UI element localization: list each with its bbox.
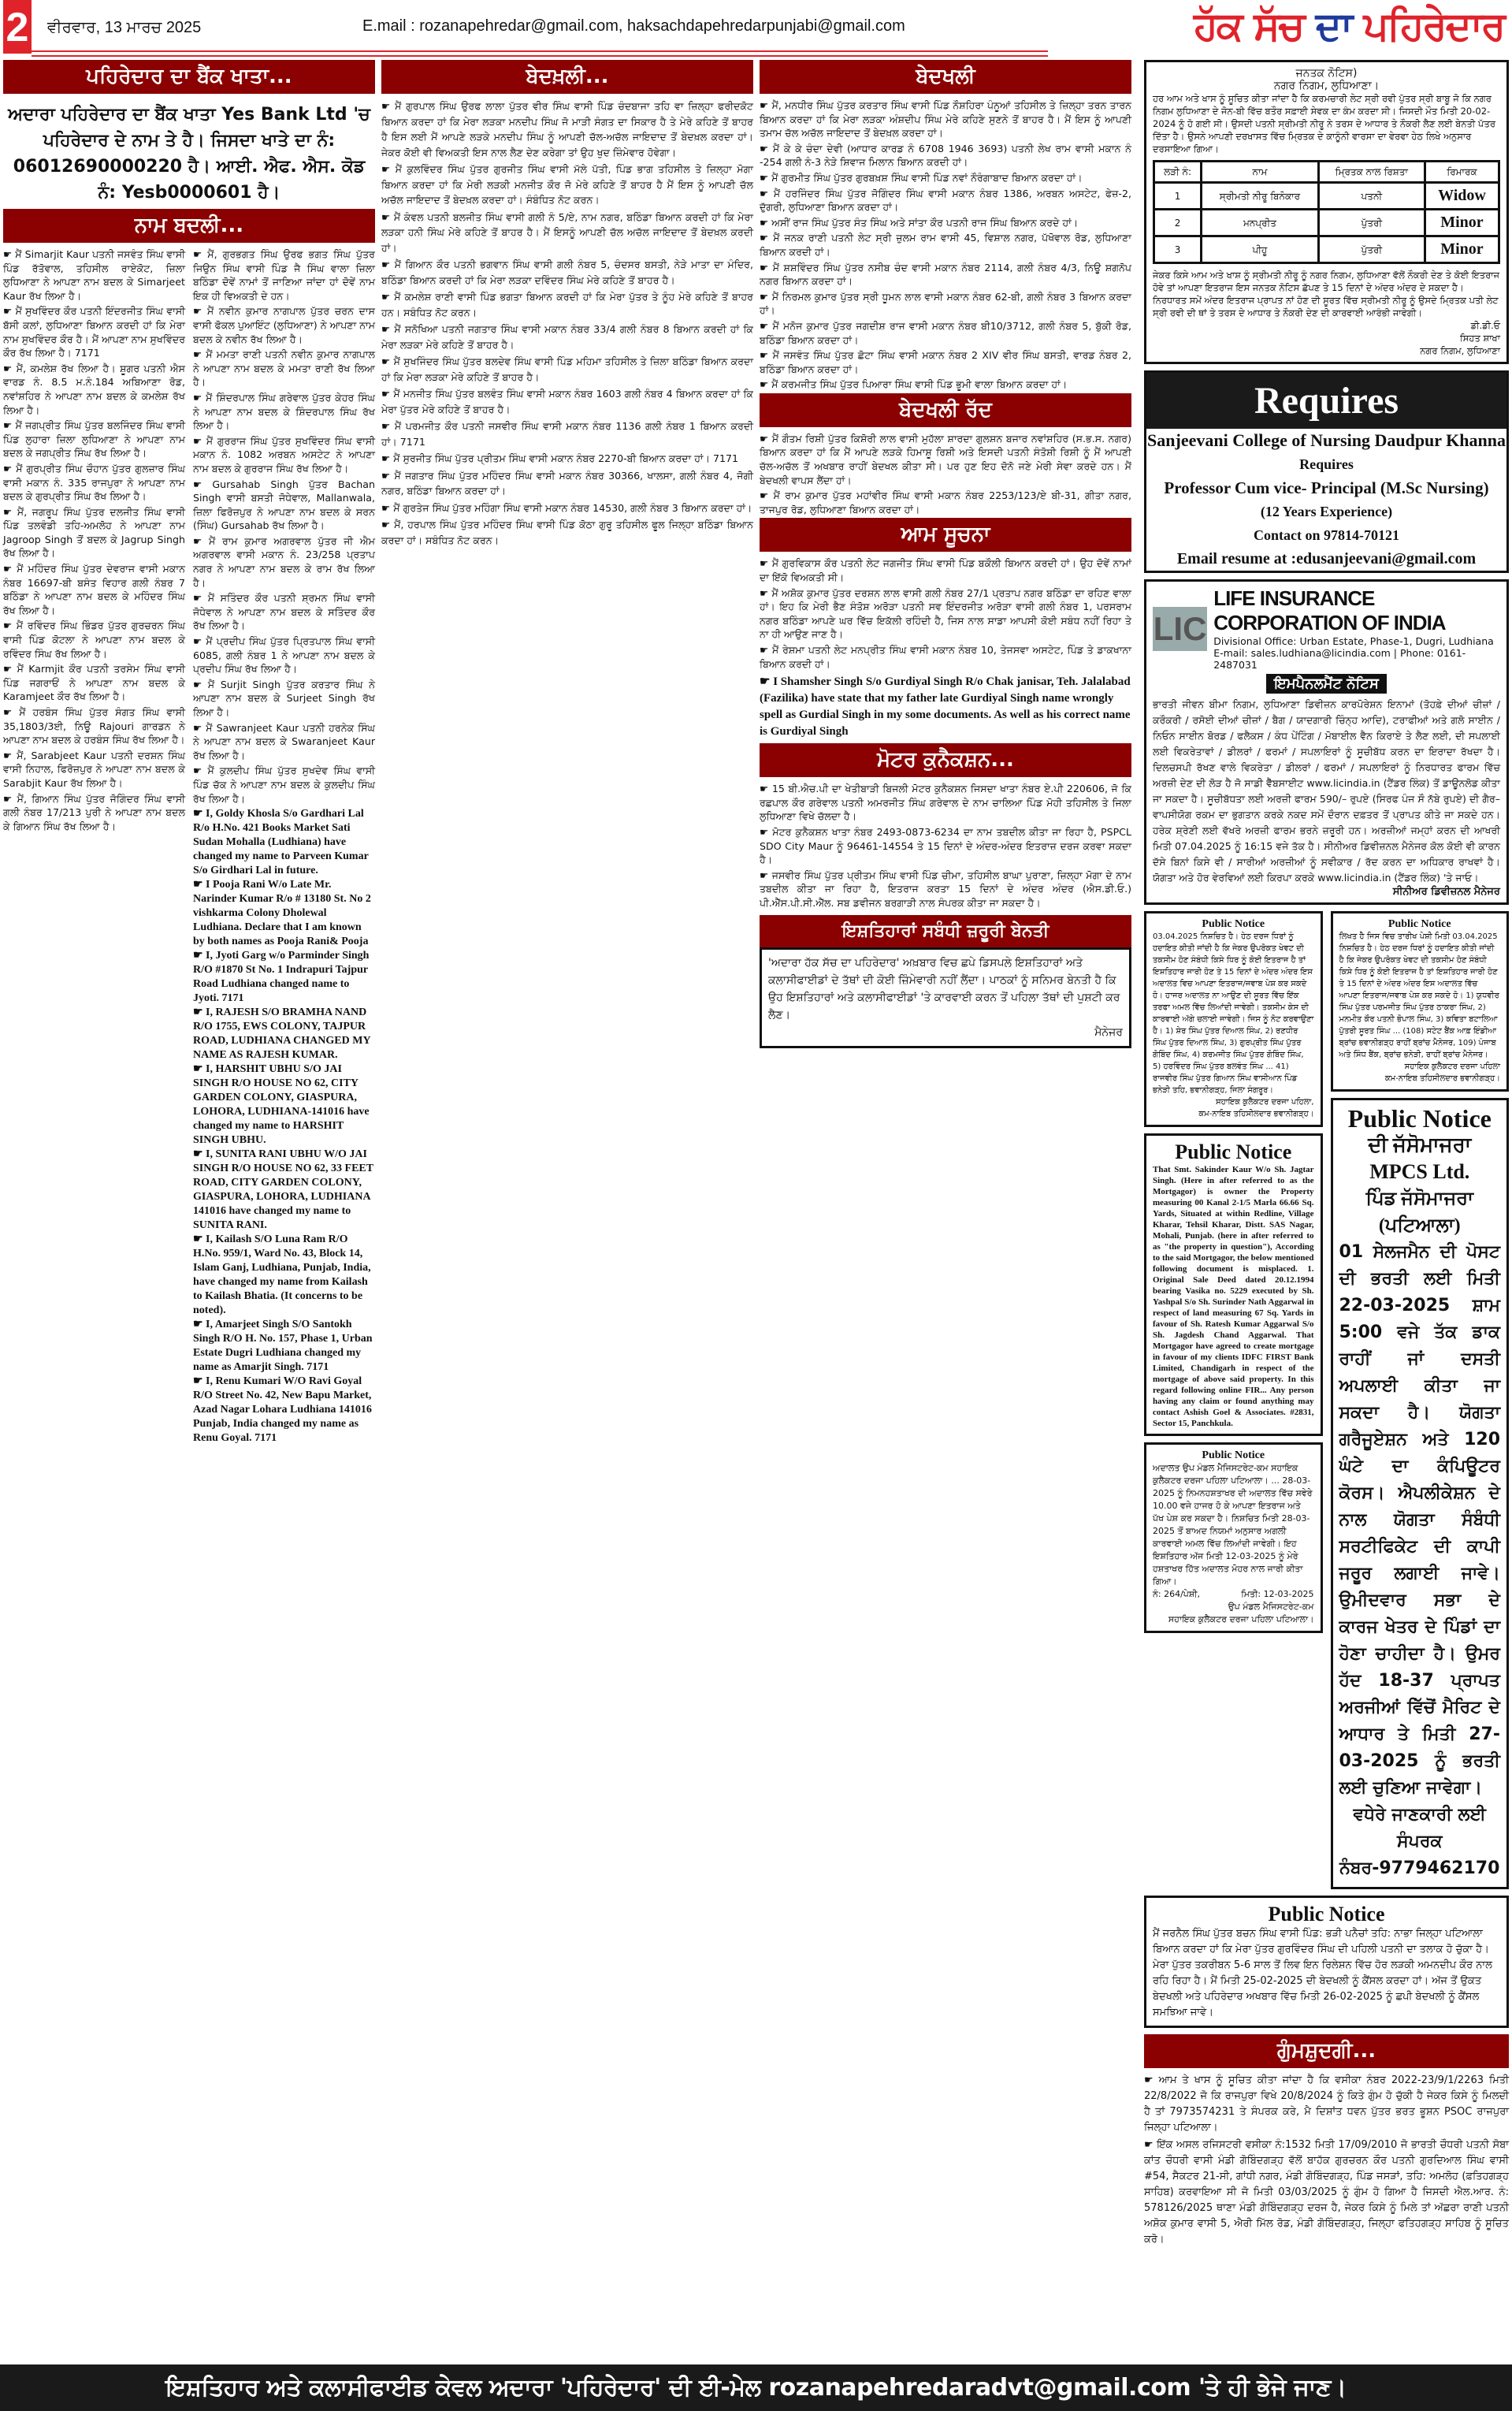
table-header-row: ਲੜੀ ਨੰ: ਨਾਮ ਮ੍ਰਿਤਕ ਨਾਲ ਰਿਸ਼ਤਾ ਰਿਮਾਰਕ: [1154, 162, 1499, 183]
jarnail-notice: Public Notice ਮੈਂ ਜਰਨੈਲ ਸਿੰਘ ਪੁੱਤਰ ਬਚਨ ਸ…: [1144, 1896, 1509, 2028]
list-item: ☛ ਮੈਂ Karmjit ਕੌਰ ਪਤਨੀ ਤਰਸੇਮ ਸਿੰਘ ਵਾਸੀ ਪ…: [3, 662, 185, 704]
list-item: ☛ ਮੈਂ ਗਿਆਨ ਕੌਰ ਪਤਨੀ ਭਗਵਾਨ ਸਿੰਘ ਵਾਸੀ ਗਲੀ …: [381, 257, 753, 288]
list-item: ☛ ਮੈਂ ਸਨੋਖਿਆ ਪਤਨੀ ਜਗਤਾਰ ਸਿੰਘ ਵਾਸੀ ਮਕਾਨ ਨ…: [381, 322, 753, 352]
cell: ਪੁੱਤਰੀ: [1318, 210, 1425, 236]
court-notice-right: Public Notice ਲਿਖਤ ਹੈ ਜਿਸ ਵਿਚ ਤਾਰੀਖ ਪੇਸ਼…: [1331, 911, 1510, 1092]
list-item: ☛ ਮੈਂ ਸੁਖਜਿੰਦਰ ਸਿੰਘ ਪੁੱਤਰ ਬਲਦੇਵ ਸਿੰਘ ਵਾਸ…: [381, 354, 753, 385]
list-item: ☛ I, RAJESH S/O BRAMHA NAND R/O 1755, EW…: [193, 1006, 375, 1062]
list-item: ☛ ਮੈਂ Surjit Singh ਪੁੱਤਰ ਕਰਤਾਰ ਸਿੰਘ ਨੇ ਆ…: [193, 678, 375, 720]
column-1: ਪਹਿਰੇਦਾਰ ਦਾ ਬੈਂਕ ਖਾਤਾ... ਅਦਾਰਾ ਪਹਿਰੇਦਾਰ …: [3, 60, 375, 1445]
list-item: ☛ ਮੈਂ ਸੁਰਜੀਤ ਸਿੰਘ ਪੁੱਤਰ ਪ੍ਰੀਤਮ ਸਿੰਘ ਵਾਸੀ…: [381, 451, 753, 467]
notice-body: ਮੈਂ ਜਰਨੈਲ ਸਿੰਘ ਪੁੱਤਰ ਬਚਨ ਸਿੰਘ ਵਾਸੀ ਪਿੰਡ:…: [1153, 1926, 1500, 2021]
list-item: ☛ ਮੈਂ ਕੰਵਲ ਪਤਨੀ ਬਲਜੀਤ ਸਿੰਘ ਵਾਸੀ ਗਲੀ ਨੰ 5…: [381, 210, 753, 256]
cell: 2: [1154, 210, 1202, 236]
disinheritance-list-2: ☛ ਮੈਂ, ਮਨਧੀਰ ਸਿੰਘ ਪੁੱਤਰ ਕਰਤਾਰ ਸਿੰਘ ਵਾਸੀ …: [760, 99, 1131, 392]
sign-line: ਉਪ ਮੰਡਲ ਮੈਜਿਸਟਰੇਟ-ਕਮ: [1153, 1601, 1314, 1613]
contact-emails[interactable]: E.mail : rozanapehredar@gmail.com, haksa…: [362, 17, 905, 35]
list-item: ☛ ਮੈਂ ਗੁਰਤੇਜ ਸਿੰਘ ਪੁੱਤਰ ਮਹਿੰਗਾ ਸਿੰਘ ਵਾਸੀ…: [381, 500, 753, 516]
mortgage-notice: Public Notice That Smt. Sakinder Kaur W/…: [1144, 1133, 1323, 1436]
list-item: ☛ ਮੈਂ ਗੌਤਮ ਰਿਸ਼ੀ ਪੁੱਤਰ ਕਿਸ਼ੋਰੀ ਲਾਲ ਵਾਸੀ …: [760, 432, 1131, 487]
column-4: ਜਨਤਕ ਨੋਟਿਸ) ਨਗਰ ਨਿਗਮ, ਲੁਧਿਆਣਾ। ਹਰ ਆਮ ਅਤੇ…: [1144, 60, 1509, 2249]
cell: 3: [1154, 236, 1202, 263]
list-item: ☛ I, SUNITA RANI UBHU W/O JAI SINGH R/O …: [193, 1148, 375, 1233]
notice-subtitle: ਨਗਰ ਨਿਗਮ, ਲੁਧਿਆਣਾ।: [1153, 80, 1500, 92]
lic-ad: LIC LIFE INSURANCE CORPORATION OF INDIA …: [1144, 579, 1509, 905]
cell: ਪੀਹੂ: [1202, 236, 1319, 263]
column-2: ਬੇਦਖ਼ਲੀ... ☛ ਮੈਂ ਗੁਰਪਾਲ ਸਿੰਘ ਉਰਫ ਲਾਲਾ ਪੁ…: [381, 60, 753, 549]
sign-line: ਨਗਰ ਨਿਗਮ, ਲੁਧਿਆਣਾ: [1153, 344, 1500, 357]
list-item: ☛ ਮੈਂ, ਗਿਆਨ ਸਿੰਘ ਪੁੱਤਰ ਜੋਗਿੰਦਰ ਸਿੰਘ ਵਾਸੀ…: [3, 792, 185, 834]
list-item: ☛ I, Jyoti Garg w/o Parminder Singh R/O …: [193, 949, 375, 1006]
list-item: ☛ ਮੈਂ, ਕਮਲੇਸ਼ ਰੱਖ ਲਿਆ ਹੈ। ਸ਼ੂਗਰ ਪਤਨੀ ਐਸ …: [3, 362, 185, 417]
header-cell: ਲੜੀ ਨੰ:: [1154, 162, 1202, 183]
disclaimer-box: 'ਅਦਾਰਾ ਹੱਕ ਸੱਚ ਦਾ ਪਹਿਰੇਦਾਰ' ਅਖ਼ਬਾਰ ਵਿਚ ਛ…: [760, 947, 1131, 1048]
list-item: ☛ ਮੈਂ ਜਸਵੰਤ ਸਿੰਘ ਪੁੱਤਰ ਛੋਟਾ ਸਿੰਘ ਵਾਸੀ ਮਕ…: [760, 348, 1131, 376]
list-item: ☛ ਇੱਕ ਅਸਲ ਰਜਿਸਟਰੀ ਵਸੀਕਾ ਨੰ:1532 ਮਿਤੀ 17/…: [1144, 2138, 1509, 2248]
requires-title: Requires: [1146, 373, 1506, 429]
list-item: ☛ ਮੈਂ ਗੁਰਮੀਤ ਸਿੰਘ ਪੁੱਤਰ ਗੁਰਬਖ਼ਸ਼ ਸਿੰਘ ਵਾ…: [760, 171, 1131, 185]
list-item: ☛ I, HARSHIT UBHU S/O JAI SINGH R/O HOUS…: [193, 1062, 375, 1148]
mc-public-notice: ਜਨਤਕ ਨੋਟਿਸ) ਨਗਰ ਨਿਗਮ, ਲੁਧਿਆਣਾ। ਹਰ ਆਮ ਅਤੇ…: [1144, 60, 1509, 364]
list-item: ☛ ਮੈਂ ਨਿਰਮਲ ਕੁਮਾਰ ਪੁੱਤਰ ਸ੍ਰੀ ਧੂਮਨ ਲਾਲ ਵਾ…: [760, 290, 1131, 318]
logo-text-3: ਪਹਿਰੇਦਾਰ: [1364, 3, 1504, 49]
page-number: 2: [3, 0, 32, 54]
list-item: ☛ ਮੈਂ Simarjit Kaur ਪਤਨੀ ਜਸਵੰਤ ਸਿੰਘ ਵਾਸੀ…: [3, 247, 185, 303]
disclaimer-sign: ਮੈਨੇਜਰ: [768, 1024, 1123, 1041]
english-name-change-list: ☛ I, Goldy Khosla S/o Gardhari Lal R/o H…: [193, 807, 375, 1445]
name-change-list-left: ☛ ਮੈਂ Simarjit Kaur ਪਤਨੀ ਜਸਵੰਤ ਸਿੰਘ ਵਾਸੀ…: [3, 247, 185, 1445]
disinheritance-heading-2: ਬੇਦਖਲੀ: [760, 60, 1131, 94]
requires-ad: Requires Sanjeevani College of Nursing D…: [1144, 370, 1509, 573]
list-item: ☛ ਮੈਂ ਸਤਿੰਦਰ ਕੌਰ ਪਤਨੀ ਸ਼੍ਰਮਨ ਸਿੰਘ ਵਾਸੀ ਜ…: [193, 591, 375, 633]
list-item: ☛ ਮੈਂ ਕਮਲੇਸ਼ ਰਾਣੀ ਵਾਸੀ ਪਿੰਡ ਭਗਤਾ ਬਿਆਨ ਕਰ…: [381, 289, 753, 320]
list-item: ☛ ਮੋਟਰ ਕੁਨੈਕਸ਼ਨ ਖਾਤਾ ਨੰਬਰ 2493-0873-6234…: [760, 825, 1131, 867]
notice-title: Public Notice: [1339, 918, 1501, 931]
sign-line: ਸਹਾਇਕ ਕੁਲੈਕਟਰ ਦਰਜਾ ਪਹਿਲਾ,: [1153, 1096, 1314, 1108]
list-item: ☛ 15 ਬੀ.ਐਚ.ਪੀ ਦਾ ਖੇਤੀਬਾੜੀ ਬਿਜਲੀ ਮੋਟਰ ਕੁਨ…: [760, 782, 1131, 824]
notice-title: Public Notice: [1153, 1449, 1314, 1462]
notice-title: Public Notice: [1153, 1140, 1314, 1164]
notice-title: Public Notice: [1153, 1903, 1500, 1926]
disclaimer-text: 'ਅਦਾਰਾ ਹੱਕ ਸੱਚ ਦਾ ਪਹਿਰੇਦਾਰ' ਅਖ਼ਬਾਰ ਵਿਚ ਛ…: [768, 954, 1123, 1024]
list-item: ☛ ਅਸੀਂ ਰਾਜ ਸਿੰਘ ਪੁੱਤਰ ਸੰਤ ਸਿੰਘ ਅਤੇ ਸਾਂਤਾ…: [760, 216, 1131, 230]
lic-contact[interactable]: E-mail: sales.ludhiana@licindia.com | Ph…: [1213, 647, 1500, 671]
lic-name: LIFE INSURANCE CORPORATION OF INDIA: [1213, 586, 1500, 635]
motor-connection-list: ☛ 15 ਬੀ.ਐਚ.ਪੀ ਦਾ ਖੇਤੀਬਾੜੀ ਬਿਜਲੀ ਮੋਟਰ ਕੁਨ…: [760, 782, 1131, 910]
masthead: 2 ਵੀਰਵਾਰ, 13 ਮਾਰਚ 2025 E.mail : rozanape…: [0, 0, 1512, 57]
disclaimer-heading: ਇਸ਼ਤਿਹਾਰਾਂ ਸਬੰਧੀ ਜ਼ਰੂਰੀ ਬੇਨਤੀ: [760, 915, 1131, 947]
cell: ਪਤਨੀ: [1318, 183, 1425, 210]
disinheritance-heading: ਬੇਦਖ਼ਲੀ...: [381, 60, 753, 94]
cell: ਪੁੱਤਰੀ: [1318, 236, 1425, 263]
notice-body: ਅਦਾਲਤ ਉਪ ਮੰਡਲ ਮੈਜਿਸਟਰੇਟ-ਕਮ ਸਹਾਇਕ ਕੁਲੈਕਟਰ…: [1153, 1462, 1314, 1588]
list-item: ☛ ਮੈਂ ਮਨਜੀਤ ਸਿੰਘ ਪੁੱਤਰ ਬਲਵੰਤ ਸਿੰਘ ਵਾਸੀ ਮ…: [381, 386, 753, 417]
list-item: ☛ ਮੈਂ ਕੁਲਵਿੰਦਰ ਸਿੰਘ ਪੁੱਤਰ ਗੁਰਜੀਤ ਸਿੰਘ ਵਾ…: [381, 162, 753, 208]
missing-heading: ਗੁੰਮਸ਼ੁਦਗੀ...: [1144, 2034, 1509, 2068]
college-name: Sanjeevani College of Nursing Daudpur Kh…: [1146, 429, 1506, 452]
general-notice-heading: ਆਮ ਸੂਚਨਾ: [760, 518, 1131, 552]
motor-connection-heading: ਮੋਟਰ ਕੁਨੈਕਸ਼ਨ...: [760, 743, 1131, 777]
experience: (12 Years Experience): [1146, 500, 1506, 523]
list-item: ☛ ਮੈਂ, Sarabjeet Kaur ਪਤਨੀ ਦਰਸ਼ਨ ਸਿੰਘ ਵਾ…: [3, 749, 185, 791]
english-notice: ☛ I Shamsher Singh S/o Gurdiyal Singh R/…: [760, 674, 1131, 740]
notice-body: ਹਰ ਆਮ ਅਤੇ ਖਾਸ ਨੂੰ ਸੂਚਿਤ ਕੀਤਾ ਜਾਂਦਾ ਹੈ ਕਿ…: [1153, 92, 1500, 155]
cell: Minor: [1425, 210, 1499, 236]
disinheritance-list: ☛ ਮੈਂ ਗੁਰਪਾਲ ਸਿੰਘ ਉਰਫ ਲਾਲਾ ਪੁੱਤਰ ਵੀਰ ਸਿੰ…: [381, 99, 753, 548]
list-item: ☛ ਮੈਂ ਮਨੋਜ ਕੁਮਾਰ ਪੁੱਤਰ ਜਗਦੀਸ਼ ਰਾਜ ਵਾਸੀ ਮ…: [760, 319, 1131, 347]
notice-footer: ਜੇਕਰ ਕਿਸੇ ਆਮ ਅਤੇ ਖਾਸ਼ ਨੂੰ ਸ੍ਰੀਮਤੀ ਨੀਰੂ ਨ…: [1153, 269, 1500, 319]
notice-title: Public Notice: [1339, 1105, 1501, 1132]
cancel-list: ☛ ਮੈਂ ਗੌਤਮ ਰਿਸ਼ੀ ਪੁੱਤਰ ਕਿਸ਼ੋਰੀ ਲਾਲ ਵਾਸੀ …: [760, 432, 1131, 517]
list-item: ☛ ਮੈਂ, ਹਰਪਾਲ ਸਿੰਘ ਪੁੱਤਰ ਮਹਿੰਦਰ ਸਿੰਘ ਵਾਸੀ…: [381, 517, 753, 548]
court-notice-left: Public Notice 03.04.2025 ਨਿਸ਼ਚਿਤ ਹੈ। ਹੇਠ…: [1144, 911, 1323, 1127]
cancel-disinheritance-heading: ਬੇਦਖਲੀ ਰੱਦ: [760, 393, 1131, 427]
list-item: ☛ I, Amarjeet Singh S/O Santokh Singh R/…: [193, 1318, 375, 1375]
bank-details: ਅਦਾਰਾ ਪਹਿਰੇਦਾਰ ਦਾ ਬੈਂਕ ਖਾਤਾ Yes Bank Ltd…: [3, 99, 375, 209]
sign-line: ਕਮ-ਨਾਇਬ ਤਹਿਸੀਲਦਾਰ ਭਵਾਨੀਗੜ੍ਹ।: [1153, 1108, 1314, 1120]
bank-heading: ਪਹਿਰੇਦਾਰ ਦਾ ਬੈਂਕ ਖਾਤਾ...: [3, 60, 375, 94]
notice-body: 03.04.2025 ਨਿਸ਼ਚਿਤ ਹੈ। ਹੇਠ ਦਰਜ ਧਿਰਾਂ ਨੂੰ…: [1153, 931, 1314, 1096]
org-name: ਦੀ ਜੱਸੋਮਾਜਰਾ MPCS Ltd.: [1339, 1132, 1501, 1185]
reference-number: ਨੰ: 264/ਪੇਸ਼ੀ,: [1153, 1589, 1200, 1599]
lic-office: Divisional Office: Urban Estate, Phase-1…: [1213, 635, 1500, 647]
list-item: ☛ ਮੈਂ ਰਵਿੰਦਰ ਸਿੰਘ ਭਿੰਡਰ ਪੁੱਤਰ ਗੁਰਚਰਨ ਸਿੰ…: [3, 619, 185, 660]
footer-banner: ਇਸ਼ਤਿਹਾਰ ਅਤੇ ਕਲਾਸੀਫਾਈਡ ਕੇਵਲ ਅਦਾਰਾ 'ਪਹਿਰੇ…: [0, 2364, 1512, 2411]
contact-email[interactable]: Email resume at :edusanjeevani@gmail.com: [1146, 547, 1506, 571]
list-item: ☛ ਮੈਂ ਕੁਲਦੀਪ ਸਿੰਘ ਪੁੱਤਰ ਸੁਖਦੇਵ ਸਿੰਘ ਵਾਸੀ…: [193, 764, 375, 806]
table-row: 3 ਪੀਹੂ ਪੁੱਤਰੀ Minor: [1154, 236, 1499, 263]
list-item: ☛ ਮੈਂ ਪਰਮਜੀਤ ਕੌਰ ਪਤਨੀ ਜਸਵੀਰ ਸਿੰਘ ਵਾਸੀ ਮਕ…: [381, 419, 753, 449]
list-item: ☛ I, Kailash S/O Luna Ram R/O H.No. 959/…: [193, 1233, 375, 1318]
logo-text-2: ਦਾ: [1316, 3, 1351, 49]
cell: Minor: [1425, 236, 1499, 263]
notice-body: That Smt. Sakinder Kaur W/o Sh. Jagtar S…: [1153, 1164, 1314, 1429]
list-item: ☛ ਮੈਂ ਰਾਮ ਕੁਮਾਰ ਪੁੱਤਰ ਮਹਾਂਵੀਰ ਸਿੰਘ ਵਾਸੀ …: [760, 489, 1131, 516]
header-cell: ਮ੍ਰਿਤਕ ਨਾਲ ਰਿਸ਼ਤਾ: [1318, 162, 1425, 183]
list-item: ☛ I Pooja Rani W/o Late Mr. Narinder Kum…: [193, 878, 375, 949]
sdm-notice: Public Notice ਅਦਾਲਤ ਉਪ ਮੰਡਲ ਮੈਜਿਸਟਰੇਟ-ਕਮ…: [1144, 1442, 1323, 1633]
list-item: ☛ ਆਮ ਤੇ ਖਾਸ ਨੂੰ ਸੂਚਿਤ ਕੀਤਾ ਜਾਂਦਾ ਹੈ ਕਿ ਵ…: [1144, 2073, 1509, 2136]
list-item: ☛ ਮੈਂ ਅਸ਼ੋਕ ਕੁਮਾਰ ਪੁੱਤਰ ਦਰਸ਼ਨ ਲਾਲ ਵਾਸੀ ਗ…: [760, 586, 1131, 642]
notice-date: ਮਿਤੀ: 12-03-2025: [1241, 1588, 1313, 1601]
list-item: ☛ ਮੈਂ ਗੁਰਪਾਲ ਸਿੰਘ ਉਰਫ ਲਾਲਾ ਪੁੱਤਰ ਵੀਰ ਸਿੰ…: [381, 99, 753, 160]
cell: 1: [1154, 183, 1202, 210]
notice-body: ਲਿਖਤ ਹੈ ਜਿਸ ਵਿਚ ਤਾਰੀਖ ਪੇਸ਼ੀ ਮਿਤੀ 03.04.2…: [1339, 931, 1501, 1061]
table-row: 2 ਮਨਪ੍ਰੀਤ ਪੁੱਤਰੀ Minor: [1154, 210, 1499, 236]
sign-line: ਕਮ-ਨਾਇਬ ਤਹਿਸੀਲਦਾਰ ਭਵਾਨੀਗੜ੍ਹ।: [1339, 1073, 1501, 1085]
list-item: ☛ ਮੈਂ, ਮਨਧੀਰ ਸਿੰਘ ਪੁੱਤਰ ਕਰਤਾਰ ਸਿੰਘ ਵਾਸੀ …: [760, 99, 1131, 140]
list-item: ☛ ਮੈਂ ਸ਼ਸ਼ਵਿੰਦਰ ਸਿੰਘ ਪੁੱਤਰ ਨਸੀਬ ਚੰਦ ਵਾਸੀ…: [760, 261, 1131, 288]
list-item: ☛ ਮੈਂ ਗੁਰਵਿਕਾਸ ਕੌਰ ਪਤਨੀ ਲੇਟ ਜਗਜੀਤ ਸਿੰਘ ਵ…: [760, 556, 1131, 584]
newspaper-logo: ਹੱਕ ਸੱਚ ਦਾ ਪਹਿਰੇਦਾਰ: [1194, 3, 1504, 50]
name-change-heading: ਨਾਮ ਬਦਲੀ...: [3, 209, 375, 243]
list-item: ☛ ਮੈਂ ਕਰਮਜੀਤ ਸਿੰਘ ਪੁੱਤਰ ਪਿਆਰਾ ਸਿੰਘ ਵਾਸੀ …: [760, 378, 1131, 392]
contact-number[interactable]: ਨੰਬਰ-9779462170: [1339, 1855, 1501, 1882]
sign-line: ਡੀ.ਡੀ.ਓ: [1153, 319, 1500, 332]
requires-line: Requires: [1146, 452, 1506, 476]
issue-date: ਵੀਰਵਾਰ, 13 ਮਾਰਚ 2025: [47, 19, 201, 37]
list-item: ☛ I, Renu Kumari W/O Ravi Goyal R/O Stre…: [193, 1375, 375, 1445]
cell: ਮਨਪ੍ਰੀਤ: [1202, 210, 1319, 236]
empanelment-title: ਇਮਪੈਨਲਮੈਂਟ ਨੋਟਿਸ: [1266, 674, 1387, 694]
list-item: ☛ ਮੈਂ ਕੇ ਕੇ ਚੰਦਾ ਦੇਵੀ (ਆਧਾਰ ਕਾਰਡ ਨੰ 6708…: [760, 142, 1131, 169]
logo-text-1: ਹੱਕ ਸੱਚ: [1194, 3, 1303, 49]
list-item: ☛ ਮੈਂ ਜਨਕ ਰਾਣੀ ਪਤਨੀ ਲੇਟ ਸ੍ਰੀ ਜ਼ੁਲਮ ਰਾਮ ਵ…: [760, 231, 1131, 259]
position: Professor Cum vice- Principal (M.Sc Nurs…: [1146, 476, 1506, 500]
list-item: ☛ ਮੈਂ ਜਗਪ੍ਰੀਤ ਸਿੰਘ ਪੁੱਤਰ ਬਲਜਿੰਦਰ ਸਿੰਘ ਵਾ…: [3, 419, 185, 460]
list-item: ☛ ਮੈਂ ਪ੍ਰਦੀਪ ਸਿੰਘ ਪੁੱਤਰ ਪ੍ਰਿਤਪਾਲ ਸਿੰਘ ਵਾ…: [193, 634, 375, 676]
list-item: ☛ ਮੈਂ ਸ਼ਿੰਦਰਪਾਲ ਸਿੰਘ ਗਰੇਵਾਲ ਪੁੱਤਰ ਕੇਹਰ ਸ…: [193, 391, 375, 433]
empanelment-sign: ਸੀਨੀਅਰ ਡਿਵੀਜ਼ਨਲ ਮੈਨੇਜਰ: [1153, 886, 1500, 898]
header-cell: ਨਾਮ: [1202, 162, 1319, 183]
list-item: ☛ I, Goldy Khosla S/o Gardhari Lal R/o H…: [193, 807, 375, 878]
list-item: ☛ ਜਸਵੀਰ ਸਿੰਘ ਪੁੱਤਰ ਪ੍ਰੀਤਮ ਸਿੰਘ ਵਾਸੀ ਪਿੰਡ…: [760, 869, 1131, 910]
mpcs-recruitment-notice: Public Notice ਦੀ ਜੱਸੋਮਾਜਰਾ MPCS Ltd. ਪਿੰ…: [1331, 1098, 1510, 1889]
sign-line: ਸਹਾਇਕ ਕੁਲੈਕਟਰ ਦਰਜਾ ਪਹਿਲਾ: [1339, 1061, 1501, 1073]
list-item: ☛ ਮੈਂ ਮਹਿੰਦਰ ਸਿੰਘ ਪੁੱਤਰ ਦੇਵਰਾਜ ਵਾਸੀ ਮਕਾਨ…: [3, 562, 185, 617]
empanelment-body: ਭਾਰਤੀ ਜੀਵਨ ਬੀਮਾ ਨਿਗਮ, ਲੁਧਿਆਣਾ ਡਿਵੀਜ਼ਨ ਕਾ…: [1153, 697, 1500, 886]
column-3: ਬੇਦਖਲੀ ☛ ਮੈਂ, ਮਨਧੀਰ ਸਿੰਘ ਪੁੱਤਰ ਕਰਤਾਰ ਸਿੰ…: [760, 60, 1131, 1055]
requires-body: Sanjeevani College of Nursing Daudpur Kh…: [1146, 429, 1506, 571]
missing-list: ☛ ਆਮ ਤੇ ਖਾਸ ਨੂੰ ਸੂਚਿਤ ਕੀਤਾ ਜਾਂਦਾ ਹੈ ਕਿ ਵ…: [1144, 2073, 1509, 2248]
contact-label: ਵਧੇਰੇ ਜਾਣਕਾਰੀ ਲਈ ਸੰਪਰਕ: [1339, 1802, 1501, 1855]
list-item: ☛ ਮੈਂ ਰੇਸ਼ਮਾ ਪਤਨੀ ਲੇਟ ਮਨਪ੍ਰੀਤ ਸਿੰਘ ਵਾਸੀ …: [760, 643, 1131, 671]
header-cell: ਰਿਮਾਰਕ: [1425, 162, 1499, 183]
heirs-table: ਲੜੀ ਨੰ: ਨਾਮ ਮ੍ਰਿਤਕ ਨਾਲ ਰਿਸ਼ਤਾ ਰਿਮਾਰਕ 1 ਸ…: [1153, 160, 1500, 264]
notice-body: 01 ਸੇਲਜਮੈਨ ਦੀ ਪੋਸਟ ਦੀ ਭਰਤੀ ਲਈ ਮਿਤੀ 22-03…: [1339, 1239, 1501, 1802]
table-row: 1 ਸ੍ਰੀਮਤੀ ਨੀਰੂ ਬਿਨੋਕਾਰ ਪਤਨੀ Widow: [1154, 183, 1499, 210]
list-item: ☛ ਮੈਂ ਹਰਬੰਸ ਸਿੰਘ ਪੁੱਤਰ ਸੰਗਤ ਸਿੰਘ ਵਾਸੀ 35…: [3, 705, 185, 747]
list-item: ☛ ਮੈਂ, ਜਗਰੂਪ ਸਿੰਘ ਪੁੱਤਰ ਦਲਜੀਤ ਸਿੰਘ ਵਾਸੀ …: [3, 505, 185, 560]
list-item: ☛ ਮੈਂ ਗੁਰਰਾਜ ਸਿੰਘ ਪੁੱਤਰ ਸੁਖਵਿੰਦਰ ਸਿੰਘ ਵਾ…: [193, 434, 375, 476]
notice-title: Public Notice: [1153, 918, 1314, 931]
list-item: ☛ ਮੈਂ ਰਾਮ ਕੁਮਾਰ ਅਗਰਵਾਲ ਪੁੱਤਰ ਜੀ ਐਮ ਅਗਰਵਾ…: [193, 534, 375, 590]
masthead-rule: [32, 50, 1048, 57]
cell: Widow: [1425, 183, 1499, 210]
list-item: ☛ ਮੈਂ Sawranjeet Kaur ਪਤਨੀ ਹਰਨੇਕ ਸਿੰਘ ਨੇ…: [193, 721, 375, 763]
cell: ਸ੍ਰੀਮਤੀ ਨੀਰੂ ਬਿਨੋਕਾਰ: [1202, 183, 1319, 210]
list-item: ☛ ਮੈਂ ਨਵੀਨ ਕੁਮਾਰ ਨਾਗਪਾਲ ਪੁੱਤਰ ਚਰਨ ਦਾਸ ਵਾ…: [193, 304, 375, 346]
list-item: ☛ ਮੈਂ ਜਗਤਾਰ ਸਿੰਘ ਪੁੱਤਰ ਮਹਿੰਦਰ ਸਿੰਘ ਵਾਸੀ …: [381, 468, 753, 499]
notice-title: ਜਨਤਕ ਨੋਟਿਸ): [1153, 67, 1500, 80]
contact-phone[interactable]: Contact on 97814-70121: [1146, 523, 1506, 547]
name-change-list-right: ☛ ਮੈਂ, ਗੁਰਭਗਤ ਸਿੰਘ ਉਰਫ ਭਗਤ ਸਿੰਘ ਪੁੱਤਰ ਜਿ…: [193, 247, 375, 1445]
list-item: ☛ ਮੈਂ ਗੁਰਪ੍ਰੀਤ ਸਿੰਘ ਚੌਹਾਨ ਪੁੱਤਰ ਗੁਲਜ਼ਾਰ …: [3, 462, 185, 504]
sign-line: ਸਿਹਤ ਸ਼ਾਖਾ: [1153, 332, 1500, 344]
list-item: ☛ ਮੈਂ ਹਰਜਿੰਦਰ ਸਿੰਘ ਪੁੱਤਰ ਜੋਗਿੰਦਰ ਸਿੰਘ ਵਾ…: [760, 187, 1131, 214]
list-item: ☛ ਮੈਂ, ਗੁਰਭਗਤ ਸਿੰਘ ਉਰਫ ਭਗਤ ਸਿੰਘ ਪੁੱਤਰ ਜਿ…: [193, 247, 375, 303]
list-item: ☛ Gursahab Singh ਪੁੱਤਰ Bachan Singh ਵਾਸੀ…: [193, 478, 375, 533]
lic-logo-icon: LIC: [1153, 607, 1207, 651]
list-item: ☛ ਮੈਂ ਮਮਤਾ ਰਾਣੀ ਪਤਨੀ ਨਵੀਨ ਕੁਮਾਰ ਨਾਗਪਾਲ ਨ…: [193, 348, 375, 389]
general-notice-list: ☛ ਮੈਂ ਗੁਰਵਿਕਾਸ ਕੌਰ ਪਤਨੀ ਲੇਟ ਜਗਜੀਤ ਸਿੰਘ ਵ…: [760, 556, 1131, 671]
list-item: ☛ ਮੈਂ ਸੁਖਵਿੰਦਰ ਕੌਰ ਪਤਨੀ ਇੰਦਰਜੀਤ ਸਿੰਘ ਵਾਸ…: [3, 304, 185, 359]
sign-line: ਸਹਾਇਕ ਕੁਲੈਕਟਰ ਦਰਜਾ ਪਹਿਲਾ ਪਟਿਆਲਾ।: [1153, 1613, 1314, 1626]
org-place: ਪਿੰਡ ਜੱਸੋਮਾਜਰਾ (ਪਟਿਆਲਾ): [1339, 1185, 1501, 1239]
